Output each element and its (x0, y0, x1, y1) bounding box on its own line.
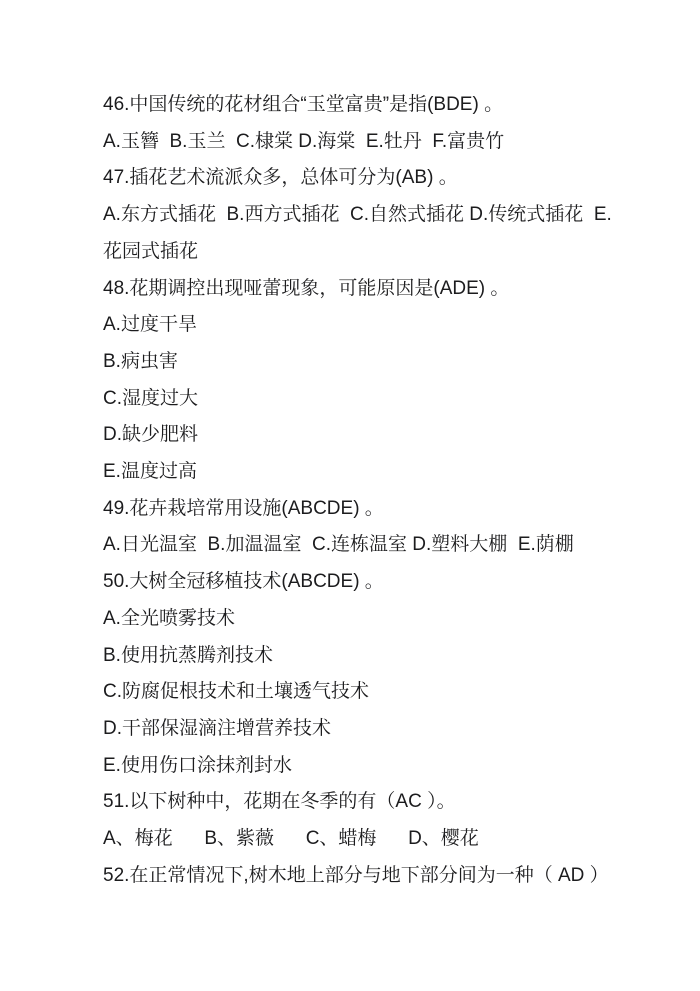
options-line-49: A.日光温室 B.加温温室 C.连栋温室 D.塑料大棚 E.荫棚 (103, 527, 648, 564)
question-line-46: 46.中国传统的花材组合“玉堂富贵”是指(BDE) 。 (103, 87, 648, 124)
question-line-50: 50.大树全冠移植技术(ABCDE) 。 (103, 564, 648, 601)
question-line-52: 52.在正常情况下,树木地上部分与地下部分间为一种（ AD ） (103, 858, 648, 895)
question-line-51: 51.以下树种中，花期在冬季的有（AC ）。 (103, 784, 648, 821)
question-line-49: 49.花卉栽培常用设施(ABCDE) 。 (103, 491, 648, 528)
question-line-48: 48.花期调控出现哑蕾现象，可能原因是(ADE) 。 (103, 271, 648, 308)
document-page: 46.中国传统的花材组合“玉堂富贵”是指(BDE) 。 A.玉簪 B.玉兰 C.… (0, 0, 700, 991)
option-line-48-d: D.缺少肥料 (103, 417, 648, 454)
option-line-50-e: E.使用伤口涂抹剂封水 (103, 748, 648, 785)
option-line-50-c: C.防腐促根技术和土壤透气技术 (103, 674, 648, 711)
options-line-47-cont: 花园式插花 (103, 234, 648, 271)
option-line-50-d: D.干部保湿滴注增营养技术 (103, 711, 648, 748)
option-line-48-a: A.过度干旱 (103, 307, 648, 344)
option-line-48-b: B.病虫害 (103, 344, 648, 381)
option-line-48-e: E.温度过高 (103, 454, 648, 491)
options-line-51: A、梅花 B、紫薇 C、蜡梅 D、樱花 (103, 821, 648, 858)
option-line-48-c: C.湿度过大 (103, 381, 648, 418)
option-line-50-b: B.使用抗蒸腾剂技术 (103, 638, 648, 675)
question-list: 46.中国传统的花材组合“玉堂富贵”是指(BDE) 。 A.玉簪 B.玉兰 C.… (103, 87, 648, 894)
options-line-46: A.玉簪 B.玉兰 C.棣棠 D.海棠 E.牡丹 F.富贵竹 (103, 124, 648, 161)
options-line-47: A.东方式插花 B.西方式插花 C.自然式插花 D.传统式插花 E. (103, 197, 648, 234)
option-line-50-a: A.全光喷雾技术 (103, 601, 648, 638)
question-line-47: 47.插花艺术流派众多，总体可分为(AB) 。 (103, 160, 648, 197)
